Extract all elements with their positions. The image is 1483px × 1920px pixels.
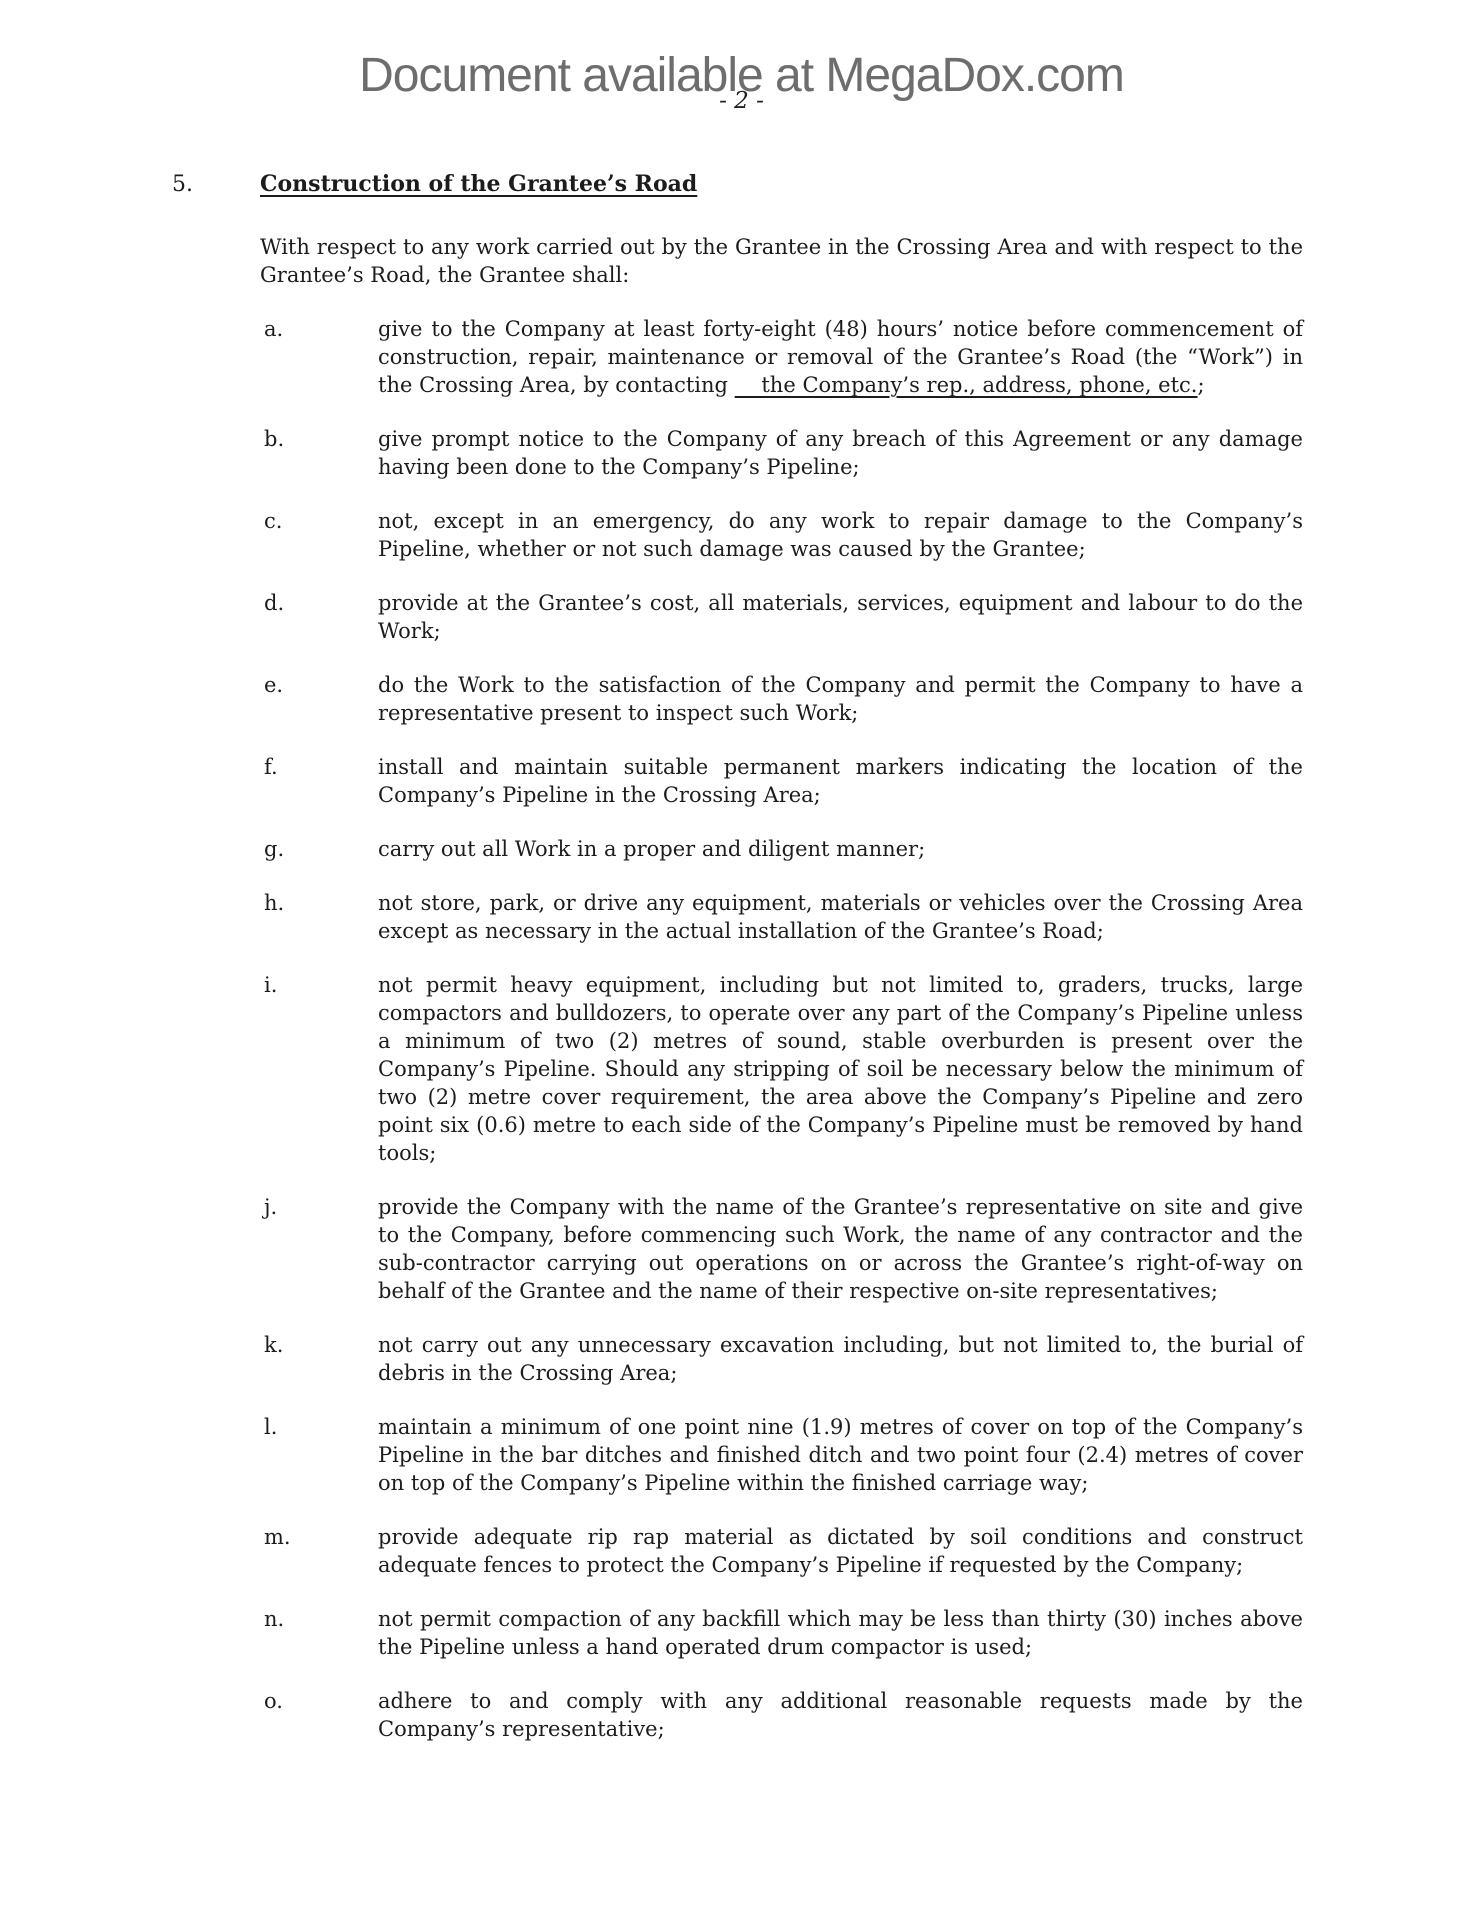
clause-letter: e.	[264, 671, 378, 727]
clause-item: c.not, except in an emergency, do any wo…	[264, 507, 1303, 563]
clause-letter: j.	[264, 1193, 378, 1305]
clause-text-segment: do the Work to the satisfaction of the C…	[378, 673, 1303, 725]
clause-text-segment: give prompt notice to the Company of any…	[378, 427, 1303, 479]
clause-text: carry out all Work in a proper and dilig…	[378, 835, 1303, 863]
clause-letter: c.	[264, 507, 378, 563]
clause-text-segment: ;	[1197, 373, 1204, 397]
clause-item: k.not carry out any unnecessary excavati…	[264, 1331, 1303, 1387]
clause-text-segment: adhere to and comply with any additional…	[378, 1689, 1303, 1741]
clause-text-segment: not, except in an emergency, do any work…	[378, 509, 1303, 561]
section-heading-row: 5.Construction of the Grantee’s Road	[172, 170, 1483, 199]
clause-text: not carry out any unnecessary excavation…	[378, 1331, 1303, 1387]
clause-text: not permit heavy equipment, including bu…	[378, 971, 1303, 1167]
clause-item: n.not permit compaction of any backfill …	[264, 1605, 1303, 1661]
clause-text-segment: carry out all Work in a proper and dilig…	[378, 837, 925, 861]
clause-text: provide adequate rip rap material as dic…	[378, 1523, 1303, 1579]
clause-text-segment: provide adequate rip rap material as dic…	[378, 1525, 1303, 1577]
clause-letter: n.	[264, 1605, 378, 1661]
section-title: Construction of the Grantee’s Road	[260, 171, 697, 197]
clause-text-segment: maintain a minimum of one point nine (1.…	[378, 1415, 1303, 1495]
document-body: 5.Construction of the Grantee’s Road Wit…	[0, 170, 1483, 1743]
clause-text: give prompt notice to the Company of any…	[378, 425, 1303, 481]
clause-letter: m.	[264, 1523, 378, 1579]
clause-letter: g.	[264, 835, 378, 863]
clause-item: e.do the Work to the satisfaction of the…	[264, 671, 1303, 727]
clause-text-segment: provide the Company with the name of the…	[378, 1195, 1303, 1303]
clause-letter: f.	[264, 753, 378, 809]
clause-text-segment: not permit compaction of any backfill wh…	[378, 1607, 1303, 1659]
clause-text: not store, park, or drive any equipment,…	[378, 889, 1303, 945]
clause-letter: b.	[264, 425, 378, 481]
clause-item: o.adhere to and comply with any addition…	[264, 1687, 1303, 1743]
clause-text: not, except in an emergency, do any work…	[378, 507, 1303, 563]
clause-item: h.not store, park, or drive any equipmen…	[264, 889, 1303, 945]
clause-text: adhere to and comply with any additional…	[378, 1687, 1303, 1743]
clause-letter: i.	[264, 971, 378, 1167]
clause-text-segment: not store, park, or drive any equipment,…	[378, 891, 1303, 943]
clause-letter: a.	[264, 315, 378, 399]
clause-text: provide the Company with the name of the…	[378, 1193, 1303, 1305]
clause-text-segment: not permit heavy equipment, including bu…	[378, 973, 1303, 1165]
clause-text: give to the Company at least forty-eight…	[378, 315, 1303, 399]
clause-text: do the Work to the satisfaction of the C…	[378, 671, 1303, 727]
clause-text: provide at the Grantee’s cost, all mater…	[378, 589, 1303, 645]
clause-item: m.provide adequate rip rap material as d…	[264, 1523, 1303, 1579]
fill-in-blank: the Company’s rep., address, phone, etc.	[735, 373, 1198, 397]
clause-item: i.not permit heavy equipment, including …	[264, 971, 1303, 1167]
clause-text-segment: not carry out any unnecessary excavation…	[378, 1333, 1303, 1385]
clause-text-segment: provide at the Grantee’s cost, all mater…	[378, 591, 1303, 643]
page-number: - 2 -	[0, 88, 1483, 114]
clause-list: a.give to the Company at least forty-eig…	[0, 315, 1483, 1743]
clause-text: not permit compaction of any backfill wh…	[378, 1605, 1303, 1661]
clause-letter: k.	[264, 1331, 378, 1387]
clause-item: f.install and maintain suitable permanen…	[264, 753, 1303, 809]
clause-item: l.maintain a minimum of one point nine (…	[264, 1413, 1303, 1497]
clause-item: d.provide at the Grantee’s cost, all mat…	[264, 589, 1303, 645]
clause-text: install and maintain suitable permanent …	[378, 753, 1303, 809]
clause-letter: l.	[264, 1413, 378, 1497]
clause-letter: d.	[264, 589, 378, 645]
clause-text: maintain a minimum of one point nine (1.…	[378, 1413, 1303, 1497]
clause-item: a.give to the Company at least forty-eig…	[264, 315, 1303, 399]
clause-text-segment: install and maintain suitable permanent …	[378, 755, 1303, 807]
clause-letter: o.	[264, 1687, 378, 1743]
section-number: 5.	[172, 171, 260, 199]
clause-letter: h.	[264, 889, 378, 945]
clause-item: b.give prompt notice to the Company of a…	[264, 425, 1303, 481]
section-intro-paragraph: With respect to any work carried out by …	[260, 233, 1303, 289]
clause-item: j.provide the Company with the name of t…	[264, 1193, 1303, 1305]
clause-item: g.carry out all Work in a proper and dil…	[264, 835, 1303, 863]
